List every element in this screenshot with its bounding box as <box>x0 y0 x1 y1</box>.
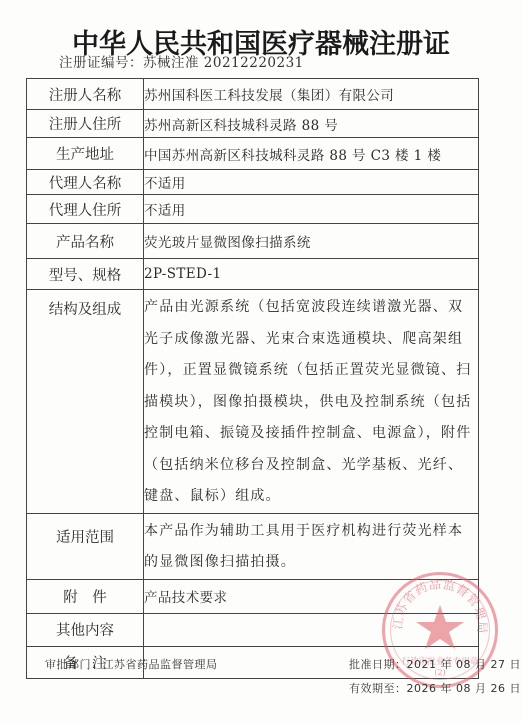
approval-date: 批准日期：2021 年 08 月 27 日 <box>349 656 521 672</box>
row-label: 型号、规格 <box>27 259 144 290</box>
row-value: 中国苏州高新区科技城科灵路 88 号 C3 楼 1 楼 <box>144 138 479 170</box>
row-value: 不适用 <box>144 170 479 195</box>
row-value <box>144 613 479 646</box>
registration-number: 注册证编号：苏械注准 20212220231 <box>59 51 304 71</box>
registration-number-label: 注册证编号： <box>59 55 143 71</box>
row-label: 产品名称 <box>27 224 144 259</box>
row-value: 本产品作为辅助工具用于医疗机构进行荧光样本的显微图像扫描拍摄。 <box>144 513 479 579</box>
table-row: 代理人住所 不适用 <box>27 195 479 224</box>
row-label: 附 件 <box>27 579 144 613</box>
table-row: 产品名称 荧光玻片显微图像扫描系统 <box>27 224 479 259</box>
row-label: 代理人住所 <box>27 195 144 224</box>
table-row: 适用范围 本产品作为辅助工具用于医疗机构进行荧光样本的显微图像扫描拍摄。 <box>27 513 479 579</box>
valid-until-date: 有效期至：2026 年 08 月 26 日 <box>349 680 521 696</box>
table-row: 型号、规格 2P-STED-1 <box>27 259 479 290</box>
row-label: 生产地址 <box>27 138 144 170</box>
row-value: 产品技术要求 <box>144 579 479 613</box>
approval-department: 审批部门：江苏省药品监督管理局 <box>45 656 218 672</box>
row-label: 代理人名称 <box>27 170 144 195</box>
row-value: 苏州高新区科技城科灵路 88 号 <box>144 110 479 138</box>
row-value: 产品由光源系统（包括宽波段连续谱激光器、双光子成像激光器、光束合束选通模块、爬高… <box>144 290 479 514</box>
table-row: 注册人住所 苏州高新区科技城科灵路 88 号 <box>27 110 479 138</box>
certificate-table: 注册人名称 苏州国科医工科技发展（集团）有限公司 注册人住所 苏州高新区科技城科… <box>26 78 479 679</box>
table-row: 结构及组成 产品由光源系统（包括宽波段连续谱激光器、双光子成像激光器、光束合束选… <box>27 290 479 514</box>
row-label: 注册人住所 <box>27 110 144 138</box>
table-row: 代理人名称 不适用 <box>27 170 479 195</box>
row-value: 荧光玻片显微图像扫描系统 <box>144 224 479 259</box>
table-row: 附 件 产品技术要求 <box>27 579 479 613</box>
row-value: 2P-STED-1 <box>144 259 479 290</box>
table-row: 生产地址 中国苏州高新区科技城科灵路 88 号 C3 楼 1 楼 <box>27 138 479 170</box>
table-row: 其他内容 <box>27 613 479 646</box>
row-value: 苏州国科医工科技发展（集团）有限公司 <box>144 79 479 110</box>
registration-number-value: 苏械注准 20212220231 <box>143 55 304 71</box>
row-label: 结构及组成 <box>27 290 144 514</box>
row-value: 不适用 <box>144 195 479 224</box>
row-label: 适用范围 <box>27 513 144 579</box>
row-label: 注册人名称 <box>27 79 144 110</box>
row-label: 其他内容 <box>27 613 144 646</box>
table-row: 注册人名称 苏州国科医工科技发展（集团）有限公司 <box>27 79 479 110</box>
